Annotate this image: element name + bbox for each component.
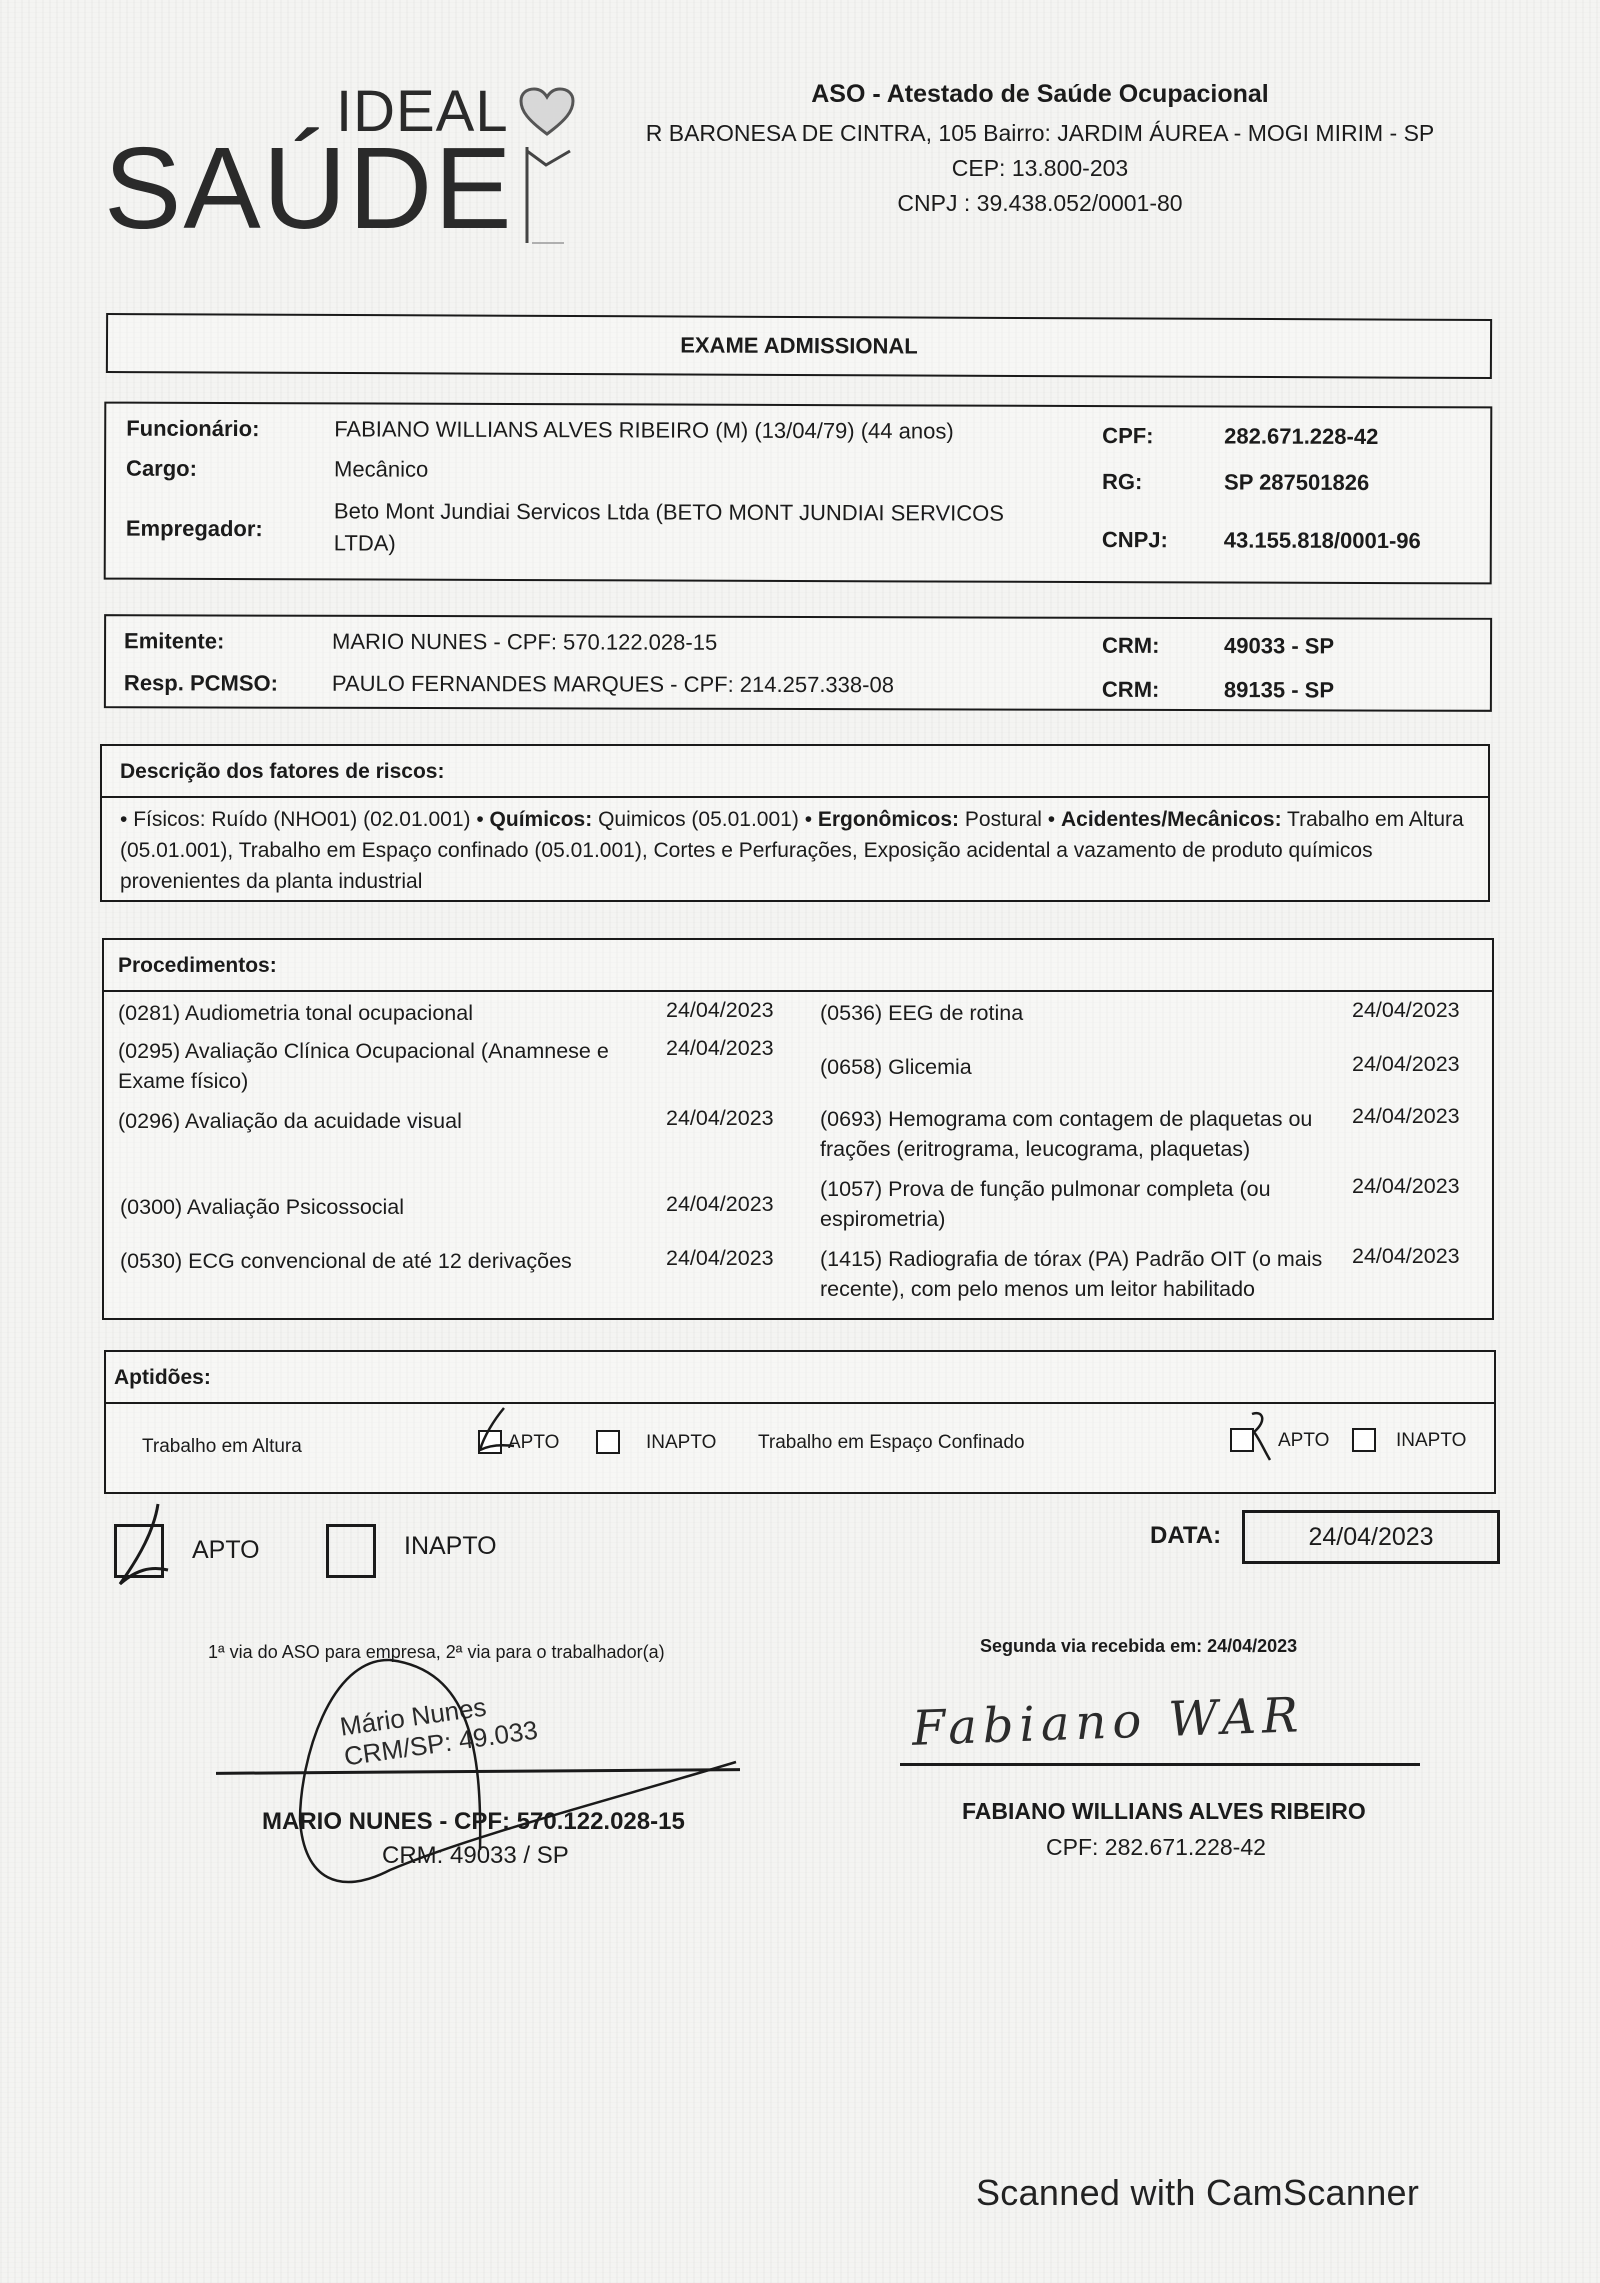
aptitude-confined-apto-label: APTO bbox=[1278, 1430, 1329, 1452]
risk-ergonomicos-label: Ergonômicos: bbox=[818, 808, 959, 831]
role-value: Mecânico bbox=[334, 456, 428, 482]
date-label: DATA: bbox=[1150, 1522, 1221, 1550]
heart-icon bbox=[518, 86, 576, 138]
procedure-date: 24/04/2023 bbox=[1352, 1052, 1460, 1077]
rg-label: RG: bbox=[1102, 469, 1142, 495]
pcmso-label: Resp. PCMSO: bbox=[124, 670, 278, 696]
procedure-item: (0693) Hemograma com contagem de plaquet… bbox=[820, 1104, 1340, 1164]
aptitude-height-apto-label: APTO bbox=[508, 1432, 559, 1454]
doctor-crm: CRM: 49033 / SP bbox=[382, 1842, 569, 1870]
rg-value: SP 287501826 bbox=[1224, 469, 1369, 496]
aptitudes-heading: Aptidões: bbox=[114, 1366, 211, 1390]
procedure-date: 24/04/2023 bbox=[1352, 1174, 1460, 1199]
risk-factors-section: Descrição dos fatores de riscos: • Físic… bbox=[100, 744, 1490, 902]
employer-line1: Beto Mont Jundiai Servicos Ltda (BETO MO… bbox=[334, 498, 1004, 526]
exam-type: EXAME ADMISSIONAL bbox=[680, 332, 918, 359]
procedures-header: Procedimentos: bbox=[104, 940, 1492, 992]
procedure-item: (0300) Avaliação Psicossocial bbox=[120, 1192, 660, 1222]
aptitude-confined-label: Trabalho em Espaço Confinado bbox=[758, 1432, 1025, 1454]
procedure-date: 24/04/2023 bbox=[666, 998, 774, 1023]
employer-label: Empregador: bbox=[126, 516, 263, 542]
risk-fisicos-label: Físicos: bbox=[133, 808, 205, 831]
procedure-item: (0281) Audiometria tonal ocupacional bbox=[118, 998, 658, 1028]
clinic-cnpj: CNPJ : 39.438.052/0001-80 bbox=[640, 190, 1440, 217]
document-title: ASO - Atestado de Saúde Ocupacional bbox=[640, 80, 1440, 109]
procedure-item: (1057) Prova de função pulmonar completa… bbox=[820, 1174, 1325, 1234]
risk-factors-heading: Descrição dos fatores de riscos: bbox=[120, 760, 444, 784]
worker-signature: Fabiano WAR bbox=[911, 1687, 1305, 1757]
cpf-value: 282.671.228-42 bbox=[1224, 423, 1378, 450]
risk-quimicos: Quimicos (05.01.001) bbox=[598, 808, 799, 831]
logo-saude-text: SAÚDE bbox=[104, 130, 514, 246]
role-label: Cargo: bbox=[126, 456, 197, 482]
employee-section: Funcionário: FABIANO WILLIANS ALVES RIBE… bbox=[104, 402, 1493, 585]
worker-name: FABIANO WILLIANS ALVES RIBEIRO bbox=[962, 1798, 1366, 1825]
risk-acidentes-label: Acidentes/Mecânicos: bbox=[1061, 808, 1282, 831]
procedures-section: Procedimentos: (0281) Audiometria tonal … bbox=[102, 938, 1494, 1320]
result-apto-label: APTO bbox=[192, 1536, 260, 1565]
procedure-item: (0296) Avaliação da acuidade visual bbox=[118, 1106, 658, 1136]
clinic-address: R BARONESA DE CINTRA, 105 Bairro: JARDIM… bbox=[640, 120, 1440, 147]
employer-cnpj-value: 43.155.818/0001-96 bbox=[1224, 527, 1421, 554]
procedures-heading: Procedimentos: bbox=[118, 954, 277, 978]
received-note: Segunda via recebida em: 24/04/2023 bbox=[980, 1636, 1297, 1657]
aptitude-confined-inapto-label: INAPTO bbox=[1396, 1430, 1466, 1452]
risk-quimicos-label: Químicos: bbox=[490, 808, 593, 831]
checkmark-icon bbox=[110, 1500, 174, 1590]
cpf-label: CPF: bbox=[1102, 423, 1153, 449]
procedure-item: (0658) Glicemia bbox=[820, 1052, 1320, 1082]
pcmso-crm-label: CRM: bbox=[1102, 677, 1160, 703]
aptitude-height-inapto-label: INAPTO bbox=[646, 1432, 716, 1454]
issuer-value: MARIO NUNES - CPF: 570.122.028-15 bbox=[332, 629, 717, 656]
risk-ergonomicos: Postural bbox=[965, 808, 1042, 831]
aptitudes-section: Aptidões: Trabalho em Altura APTO INAPTO… bbox=[104, 1350, 1496, 1494]
employer-cnpj-label: CNPJ: bbox=[1102, 527, 1168, 553]
procedure-date: 24/04/2023 bbox=[1352, 1244, 1460, 1269]
worker-cpf: CPF: 282.671.228-42 bbox=[1046, 1834, 1266, 1861]
result-inapto-checkbox[interactable] bbox=[326, 1524, 376, 1578]
issuer-section: Emitente: MARIO NUNES - CPF: 570.122.028… bbox=[104, 614, 1492, 712]
risk-fisicos: Ruído (NHO01) (02.01.001) bbox=[211, 808, 470, 831]
aptitude-height-label: Trabalho em Altura bbox=[142, 1436, 302, 1458]
employee-name: FABIANO WILLIANS ALVES RIBEIRO (M) (13/0… bbox=[334, 416, 954, 444]
date-value: 24/04/2023 bbox=[1308, 1523, 1433, 1552]
procedure-date: 24/04/2023 bbox=[666, 1036, 774, 1061]
employer-line2: LTDA) bbox=[334, 530, 396, 556]
employee-label: Funcionário: bbox=[126, 416, 259, 442]
procedure-item: (0536) EEG de rotina bbox=[820, 998, 1320, 1028]
procedure-date: 24/04/2023 bbox=[666, 1192, 774, 1217]
aptitude-confined-inapto-checkbox[interactable] bbox=[1352, 1428, 1376, 1452]
procedure-date: 24/04/2023 bbox=[666, 1106, 774, 1131]
risk-factors-header: Descrição dos fatores de riscos: bbox=[102, 746, 1488, 798]
issuer-crm-label: CRM: bbox=[1102, 633, 1160, 659]
camscanner-watermark: Scanned with CamScanner bbox=[976, 2172, 1419, 2214]
pcmso-crm-value: 89135 - SP bbox=[1224, 677, 1334, 703]
logo-figure-icon bbox=[524, 145, 574, 245]
clinic-cep: CEP: 13.800-203 bbox=[640, 155, 1440, 182]
aptitudes-header: Aptidões: bbox=[106, 1352, 1494, 1404]
issuer-label: Emitente: bbox=[124, 628, 224, 654]
procedure-date: 24/04/2023 bbox=[666, 1246, 774, 1271]
result-inapto-label: INAPTO bbox=[404, 1532, 497, 1561]
pcmso-value: PAULO FERNANDES MARQUES - CPF: 214.257.3… bbox=[332, 671, 894, 698]
procedure-item: (0530) ECG convencional de até 12 deriva… bbox=[120, 1246, 660, 1276]
checkmark-icon bbox=[1234, 1410, 1274, 1464]
risk-factors-text: • Físicos: Ruído (NHO01) (02.01.001) • Q… bbox=[120, 804, 1474, 897]
aptitude-height-inapto-checkbox[interactable] bbox=[596, 1430, 620, 1454]
issuer-crm-value: 49033 - SP bbox=[1224, 633, 1334, 659]
procedure-date: 24/04/2023 bbox=[1352, 998, 1460, 1023]
procedure-item: (0295) Avaliação Clínica Ocupacional (An… bbox=[118, 1036, 658, 1096]
worker-signature-line bbox=[900, 1763, 1420, 1766]
procedure-date: 24/04/2023 bbox=[1352, 1104, 1460, 1129]
procedure-item: (1415) Radiografia de tórax (PA) Padrão … bbox=[820, 1244, 1360, 1304]
date-field: 24/04/2023 bbox=[1242, 1510, 1500, 1564]
exam-type-box: EXAME ADMISSIONAL bbox=[106, 313, 1492, 379]
doctor-name: MARIO NUNES - CPF: 570.122.028-15 bbox=[262, 1808, 685, 1836]
